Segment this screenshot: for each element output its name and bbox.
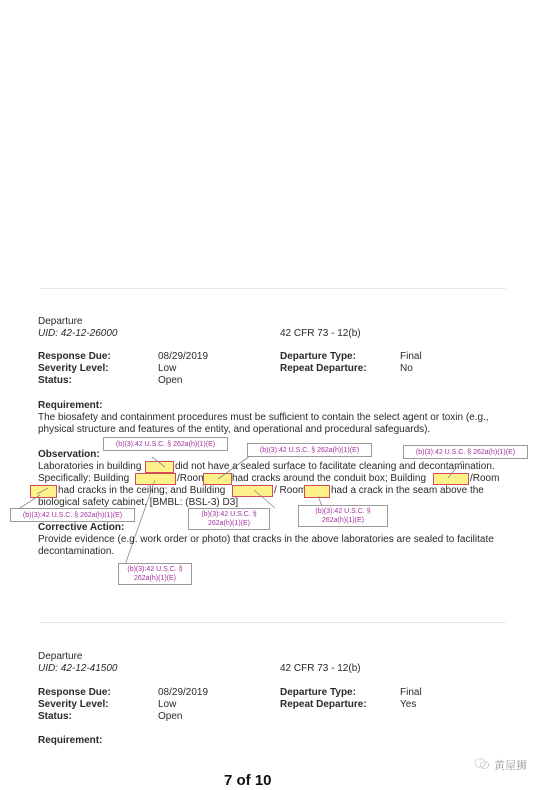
callout-line: 262a(h)(1)(E) — [208, 519, 250, 528]
corrective-action-label: Corrective Action: — [38, 522, 124, 534]
observation-line-2a: Specifically: Building — [38, 473, 129, 485]
redaction-box — [304, 485, 330, 498]
redaction-callout: (b)(3):42 U.S.C. § 262a(h)(1)(E) — [188, 508, 270, 530]
callout-line: (b)(3):42 U.S.C. § — [127, 565, 182, 574]
severity-level-value: Low — [158, 699, 176, 711]
redaction-callout: (b)(3):42 U.S.C. § 262a(h)(1)(E) — [103, 437, 228, 451]
observation-label: Observation: — [38, 449, 100, 461]
observation-line-2c: had cracks around the conduit box; Build… — [232, 473, 426, 485]
redaction-box — [145, 461, 174, 473]
repeat-departure-value: Yes — [400, 699, 416, 711]
observation-line-3a: had cracks in the ceiling; and Building — [58, 485, 225, 497]
redaction-callout: (b)(3):42 U.S.C. § 262a(h)(1)(E) — [10, 508, 135, 522]
repeat-departure-label: Repeat Departure: — [280, 699, 367, 711]
status-value: Open — [158, 711, 182, 723]
redaction-box — [135, 473, 176, 485]
severity-level-label: Severity Level: — [38, 699, 109, 711]
regulation-citation: 42 CFR 73 - 12(b) — [280, 663, 361, 675]
watermark: 黄屋狮 — [474, 757, 527, 773]
redaction-box — [232, 485, 273, 497]
observation-line-3c: had a crack in the seam above the — [331, 485, 484, 497]
callout-line: 262a(h)(1)(E) — [322, 516, 364, 525]
redaction-box — [433, 473, 469, 485]
callout-line: (b)(3):42 U.S.C. § — [201, 510, 256, 519]
departure-type-value: Final — [400, 351, 422, 363]
requirement-label: Requirement: — [38, 735, 102, 747]
departure-type-label: Departure Type: — [280, 351, 356, 363]
regulation-citation: 42 CFR 73 - 12(b) — [280, 328, 361, 340]
redaction-box — [30, 485, 57, 498]
wechat-icon — [474, 757, 490, 773]
watermark-text: 黄屋狮 — [494, 757, 527, 773]
severity-level-value: Low — [158, 363, 176, 375]
repeat-departure-label: Repeat Departure: — [280, 363, 367, 375]
requirement-label: Requirement: — [38, 400, 102, 412]
departure-uid: UID: 42-12-41500 — [38, 663, 118, 675]
page-indicator: 7 of 10 — [224, 772, 272, 789]
observation-line-3b: / Room — [274, 485, 306, 497]
observation-line-1b: did not have a sealed surface to facilit… — [175, 461, 495, 473]
response-due-label: Response Due: — [38, 687, 111, 699]
response-due-value: 08/29/2019 — [158, 687, 208, 699]
response-due-value: 08/29/2019 — [158, 351, 208, 363]
departure-type-label: Departure Type: — [280, 687, 356, 699]
callout-line: 262a(h)(1)(E) — [134, 574, 176, 583]
observation-line-1a: Laboratories in building — [38, 461, 141, 473]
response-due-label: Response Due: — [38, 351, 111, 363]
departure-type-value: Final — [400, 687, 422, 699]
section-divider — [40, 288, 506, 289]
repeat-departure-value: No — [400, 363, 413, 375]
observation-line-2d: /Room — [470, 473, 499, 485]
requirement-text: The biosafety and containment procedures… — [38, 412, 518, 436]
redaction-callout: (b)(3):42 U.S.C. § 262a(h)(1)(E) — [298, 505, 388, 527]
redaction-callout: (b)(3):42 U.S.C. § 262a(h)(1)(E) — [403, 445, 528, 459]
departure-heading: Departure — [38, 651, 82, 663]
status-label: Status: — [38, 711, 72, 723]
redaction-box — [203, 473, 232, 485]
redaction-callout: (b)(3):42 U.S.C. § 262a(h)(1)(E) — [118, 563, 192, 585]
section-divider — [40, 622, 506, 623]
status-label: Status: — [38, 375, 72, 387]
severity-level-label: Severity Level: — [38, 363, 109, 375]
departure-uid: UID: 42-12-26000 — [38, 328, 118, 340]
status-value: Open — [158, 375, 182, 387]
callout-line: (b)(3):42 U.S.C. § — [315, 507, 370, 516]
redaction-callout: (b)(3):42 U.S.C. § 262a(h)(1)(E) — [247, 443, 372, 457]
corrective-action-text: Provide evidence (e.g. work order or pho… — [38, 534, 518, 558]
departure-heading: Departure — [38, 316, 82, 328]
